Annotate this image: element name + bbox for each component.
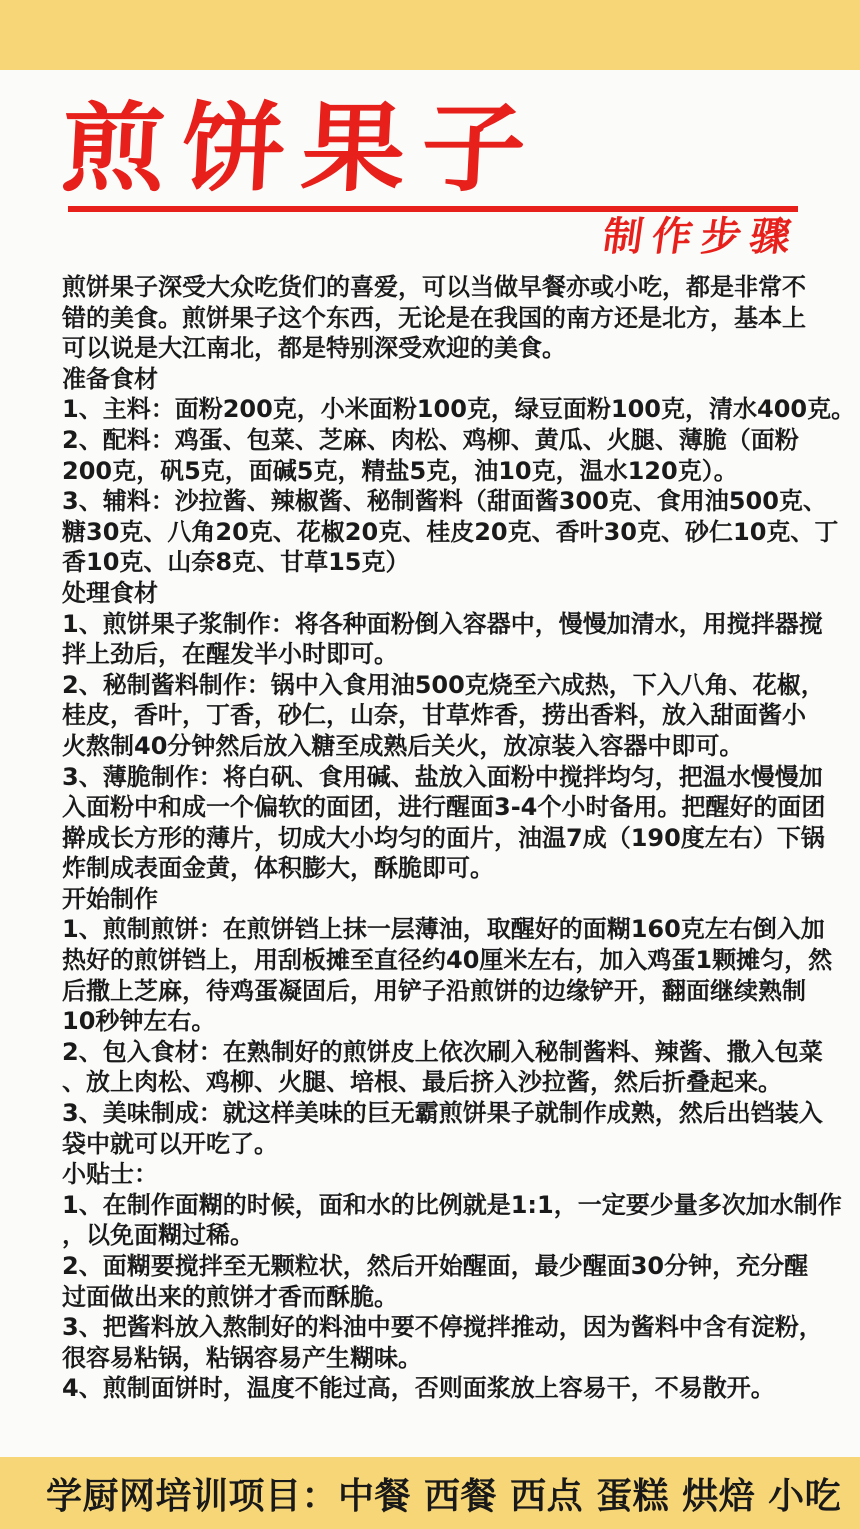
body-line: 擀成长方形的薄片，切成大小均匀的面片，油温7成（190度左右）下锅 [62,823,818,854]
body-line: 1、煎制煎饼：在煎饼铛上抹一层薄油，取醒好的面糊160克左右倒入加 [62,914,818,945]
body-line: 1、在制作面糊的时候，面和水的比例就是1:1，一定要少量多次加水制作 [62,1190,818,1221]
body-line: 4、煎制面饼时，温度不能过高，否则面浆放上容易干，不易散开。 [62,1373,818,1404]
footer-text: 学厨网培训项目：中餐 西餐 西点 蛋糕 烘焙 小吃 [46,1468,841,1519]
recipe-body: 煎饼果子深受大众吃货们的喜爱，可以当做早餐亦或小吃，都是非常不 错的美食。煎饼果… [62,272,818,1404]
body-line: 2、面糊要搅拌至无颗粒状，然后开始醒面，最少醒面30分钟，充分醒 [62,1251,818,1282]
body-line: 准备食材 [62,364,818,395]
body-line: 1、煎饼果子浆制作：将各种面粉倒入容器中，慢慢加清水，用搅拌器搅 [62,609,818,640]
body-line: 很容易粘锅，粘锅容易产生糊味。 [62,1343,818,1374]
body-line: 10秒钟左右。 [62,1006,818,1037]
body-line: 200克，矾5克，面碱5克，精盐5克，油10克，温水120克）。 [62,456,818,487]
body-line: ，以免面糊过稀。 [62,1220,818,1251]
body-line: 可以说是大江南北，都是特别深受欢迎的美食。 [62,333,818,364]
body-line: 香10克、山奈8克、甘草15克） [62,547,818,578]
title-underline [68,206,798,212]
body-line: 入面粉中和成一个偏软的面团，进行醒面3-4个小时备用。把醒好的面团 [62,792,818,823]
body-line: 炸制成表面金黄，体积膨大，酥脆即可。 [62,853,818,884]
bottom-yellow-band: 学厨网培训项目：中餐 西餐 西点 蛋糕 烘焙 小吃 [0,1457,860,1529]
body-line: 开始制作 [62,884,818,915]
body-line: 3、辅料：沙拉酱、辣椒酱、秘制酱料（甜面酱300克、食用油500克、 [62,486,818,517]
recipe-poster: 煎饼果子 制作步骤 煎饼果子深受大众吃货们的喜爱，可以当做早餐亦或小吃，都是非常… [0,0,860,1529]
body-line: 、放上肉松、鸡柳、火腿、培根、最后挤入沙拉酱，然后折叠起来。 [62,1067,818,1098]
body-line: 后撒上芝麻，待鸡蛋凝固后，用铲子沿煎饼的边缘铲开，翻面继续熟制 [62,976,818,1007]
body-line: 处理食材 [62,578,818,609]
body-line: 3、把酱料放入熬制好的料油中要不停搅拌推动，因为酱料中含有淀粉， [62,1312,818,1343]
body-line: 过面做出来的煎饼才香而酥脆。 [62,1282,818,1313]
body-line: 袋中就可以开吃了。 [62,1129,818,1160]
body-line: 热好的煎饼铛上，用刮板摊至直径约40厘米左右，加入鸡蛋1颗摊匀，然 [62,945,818,976]
body-line: 2、包入食材：在熟制好的煎饼皮上依次刷入秘制酱料、辣酱、撒入包菜 [62,1037,818,1068]
body-line: 1、主料：面粉200克，小米面粉100克，绿豆面粉100克，清水400克。 [62,394,818,425]
body-line: 2、配料：鸡蛋、包菜、芝麻、肉松、鸡柳、黄瓜、火腿、薄脆（面粉 [62,425,818,456]
body-line: 错的美食。煎饼果子这个东西，无论是在我国的南方还是北方，基本上 [62,303,818,334]
page-title: 煎饼果子 [59,100,544,197]
body-line: 3、美味制成：就这样美味的巨无霸煎饼果子就制作成熟，然后出铛装入 [62,1098,818,1129]
body-line: 桂皮，香叶，丁香，砂仁，山奈，甘草炸香，捞出香料，放入甜面酱小 [62,700,818,731]
body-line: 煎饼果子深受大众吃货们的喜爱，可以当做早餐亦或小吃，都是非常不 [62,272,818,303]
body-line: 3、薄脆制作：将白矾、食用碱、盐放入面粉中搅拌均匀，把温水慢慢加 [62,762,818,793]
body-line: 火熬制40分钟然后放入糖至成熟后关火，放凉装入容器中即可。 [62,731,818,762]
page-subtitle: 制作步骤 [600,217,802,257]
body-line: 小贴士： [62,1159,818,1190]
body-line: 拌上劲后，在醒发半小时即可。 [62,639,818,670]
top-yellow-band [0,0,860,70]
body-line: 糖30克、八角20克、花椒20克、桂皮20克、香叶30克、砂仁10克、丁 [62,517,818,548]
body-line: 2、秘制酱料制作：锅中入食用油500克烧至六成热，下入八角、花椒， [62,670,818,701]
